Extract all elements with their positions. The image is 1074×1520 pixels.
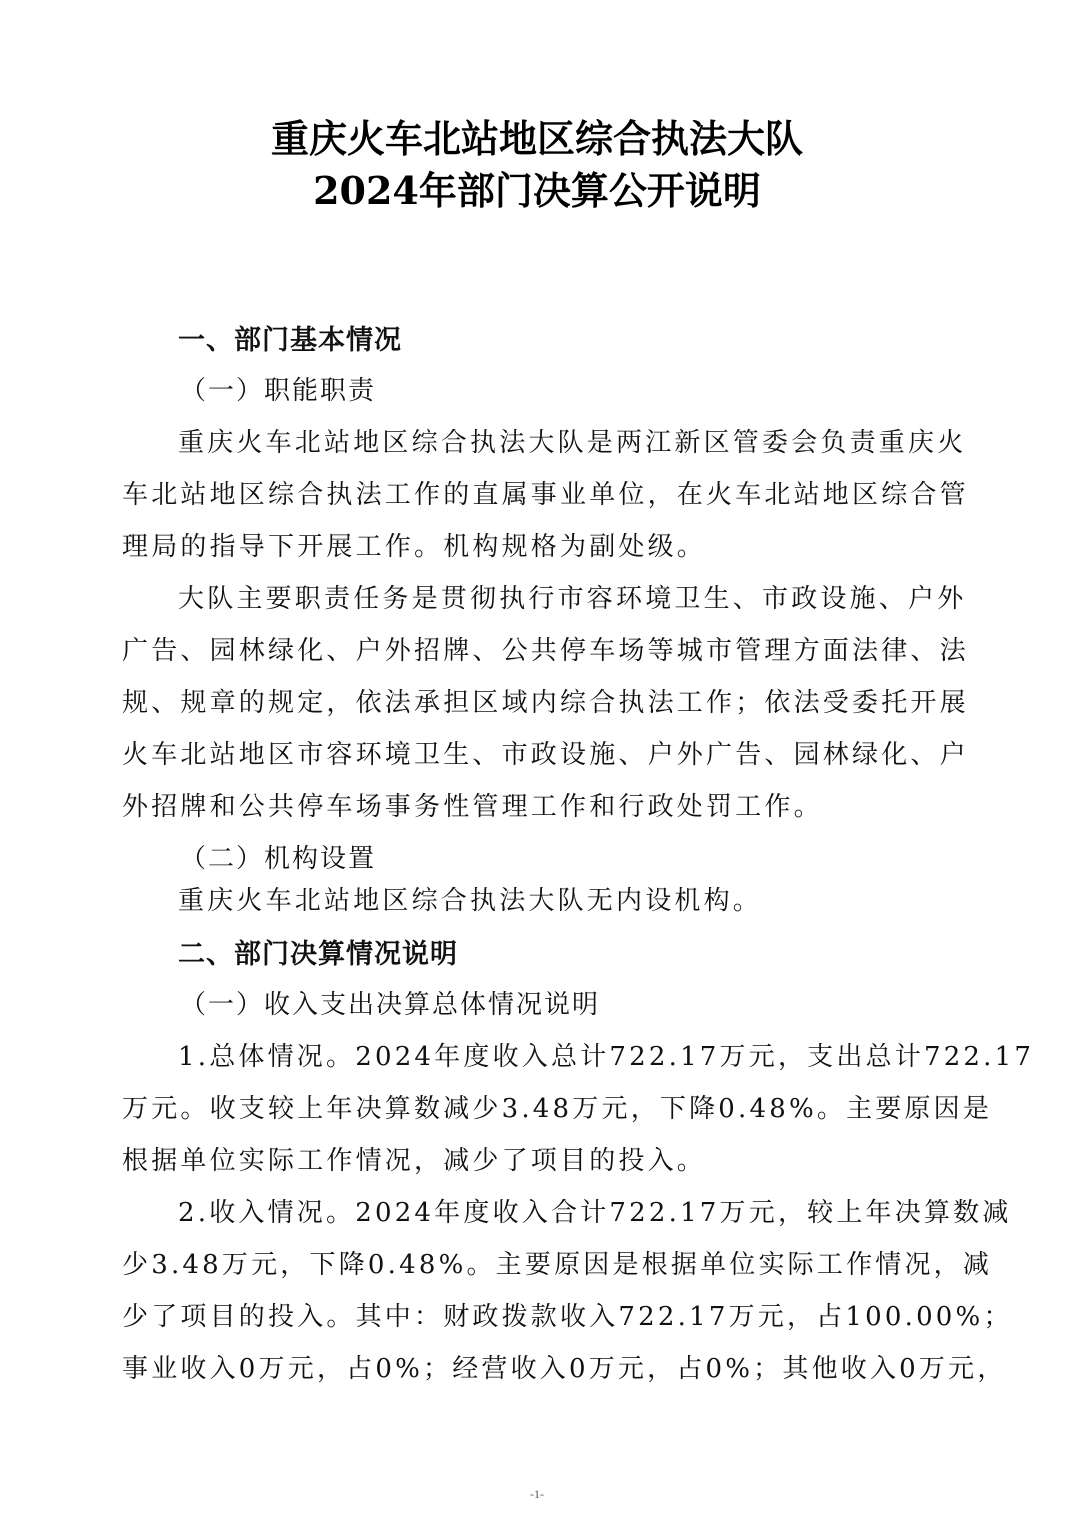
document-title-line1: 重庆火车北站地区综合执法大队 — [0, 108, 1074, 163]
paragraph-line: 大队主要职责任务是贯彻执行市容环境卫生、市政设施、户外 — [178, 578, 958, 615]
paragraph-line: 火车北站地区市容环境卫生、市政设施、户外广告、园林绿化、户 — [122, 734, 958, 771]
paragraph-line: 重庆火车北站地区综合执法大队无内设机构。 — [178, 880, 958, 917]
document-title-line2: 2024年部门决算公开说明 — [0, 160, 1074, 215]
paragraph-line: 重庆火车北站地区综合执法大队是两江新区管委会负责重庆火 — [178, 422, 958, 459]
paragraph-line: 少3.48万元，下降0.48%。主要原因是根据单位实际工作情况，减 — [122, 1244, 958, 1281]
paragraph-line: 1.总体情况。2024年度收入总计722.17万元，支出总计722.17 — [178, 1036, 958, 1073]
paragraph-line: 根据单位实际工作情况，减少了项目的投入。 — [122, 1140, 958, 1177]
paragraph-line: 车北站地区综合执法工作的直属事业单位，在火车北站地区综合管 — [122, 474, 958, 511]
paragraph-line: 规、规章的规定，依法承担区域内综合执法工作；依法受委托开展 — [122, 682, 958, 719]
paragraph-line: 2.收入情况。2024年度收入合计722.17万元，较上年决算数减 — [178, 1192, 958, 1229]
paragraph-line: 广告、园林绿化、户外招牌、公共停车场等城市管理方面法律、法 — [122, 630, 958, 667]
subsection-heading-organization: （二）机构设置 — [180, 838, 376, 875]
paragraph-line: 事业收入0万元，占0%；经营收入0万元，占0%；其他收入0万元， — [122, 1348, 958, 1385]
paragraph-line: 外招牌和公共停车场事务性管理工作和行政处罚工作。 — [122, 786, 958, 823]
subsection-heading-income-expense: （一）收入支出决算总体情况说明 — [180, 984, 600, 1021]
paragraph-line: 少了项目的投入。其中：财政拨款收入722.17万元，占100.00%； — [122, 1296, 958, 1333]
paragraph-line: 理局的指导下开展工作。机构规格为副处级。 — [122, 526, 958, 563]
page-number: -1- — [0, 1487, 1074, 1502]
subsection-heading-functions: （一）职能职责 — [180, 370, 376, 407]
section-heading-basic-info: 一、部门基本情况 — [178, 318, 402, 357]
section-heading-final-accounts: 二、部门决算情况说明 — [178, 932, 458, 971]
paragraph-line: 万元。收支较上年决算数减少3.48万元，下降0.48%。主要原因是 — [122, 1088, 958, 1125]
